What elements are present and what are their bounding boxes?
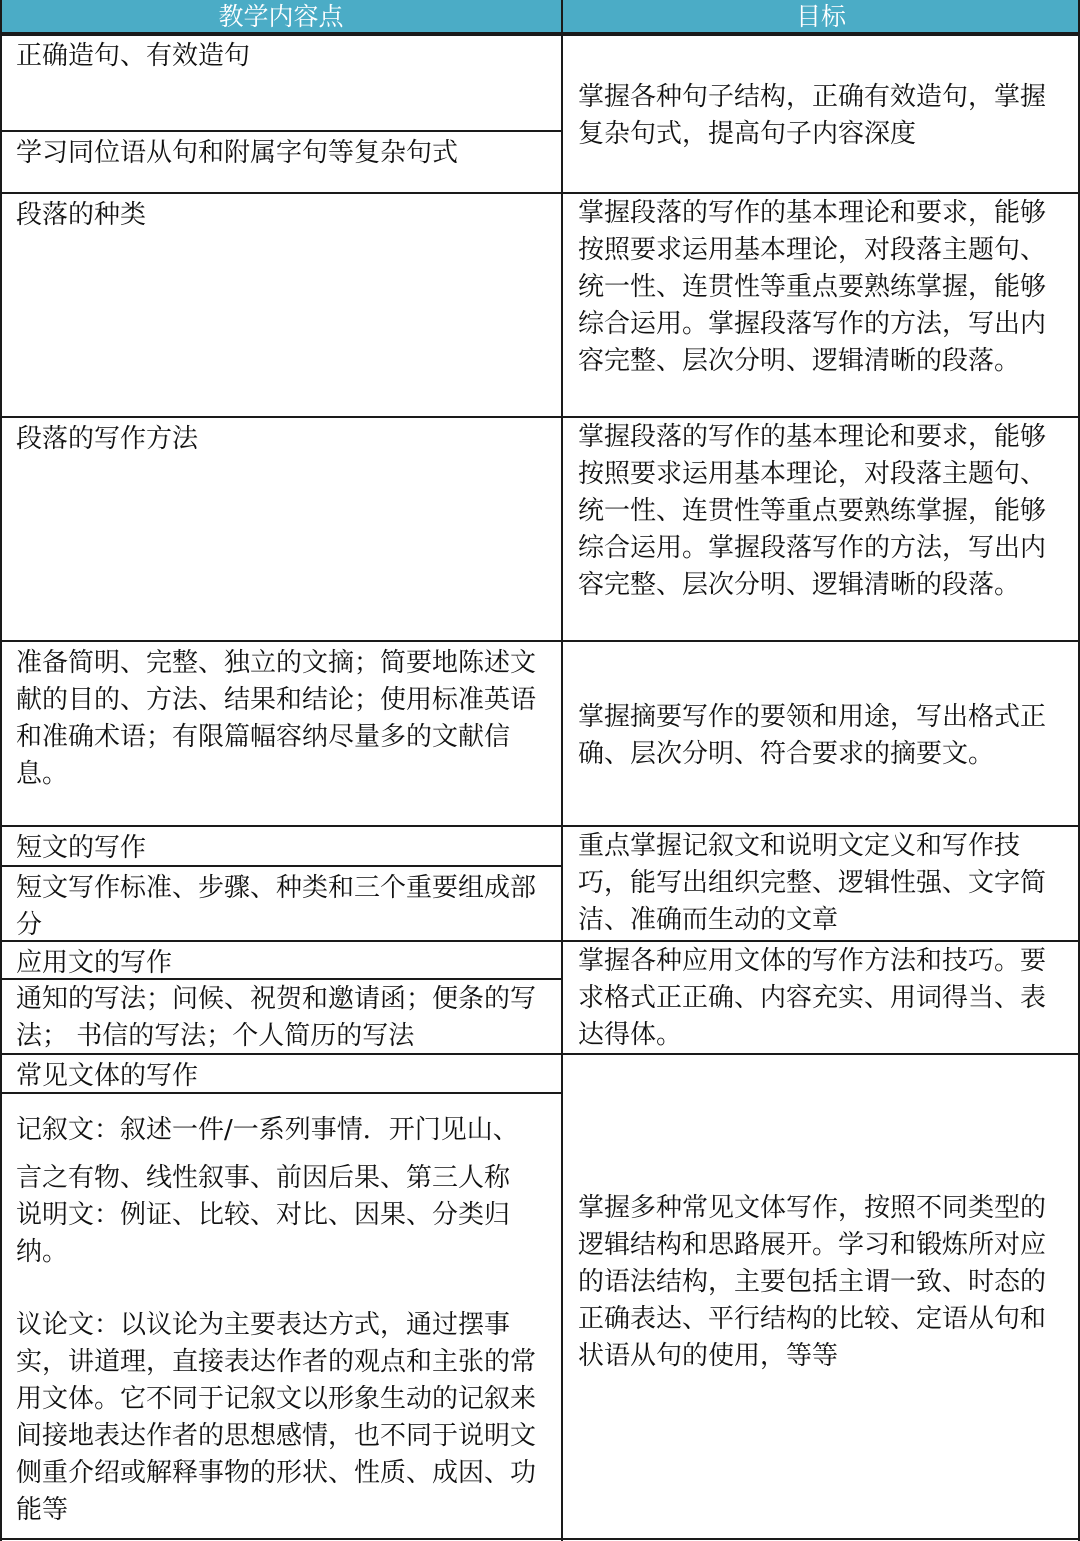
narrative-text-1: 记叙文：叙述一件/一系列事情．开门见山、 bbox=[16, 1112, 548, 1149]
border-bottom bbox=[0, 1538, 1080, 1540]
row1-divider bbox=[0, 192, 1080, 194]
row6-goal: 掌握各种应用文体的写作方法和技巧。要求格式正正确、内容充实、用词得当、表达得体。 bbox=[564, 941, 1078, 1054]
row5-divider bbox=[0, 940, 1080, 942]
row1-subdivider bbox=[0, 130, 562, 132]
row4-divider bbox=[0, 825, 1080, 827]
row4-content: 准备简明、完整、独立的文摘；简要地陈述文献的目的、方法、结果和结论；使用标准英语… bbox=[2, 643, 562, 826]
row7-content-a: 常见文体的写作 bbox=[2, 1056, 562, 1093]
header-teaching-content: 教学内容点 bbox=[0, 0, 562, 34]
row5-goal: 重点掌握记叙文和说明文定义和写作技巧，能写出组织完整、逻辑性强、文字简洁、准确而… bbox=[564, 826, 1078, 941]
row1-goal: 掌握各种句子结构，正确有效造句，掌握复杂句式，提高句子内容深度 bbox=[564, 36, 1078, 193]
row6-content-a: 应用文的写作 bbox=[2, 943, 562, 979]
row2-divider bbox=[0, 416, 1080, 418]
row5-content-a: 短文的写作 bbox=[2, 828, 562, 866]
row7-goal-text: 掌握多种常见文体写作，按照不同类型的逻辑结构和思路展开。学习和锻炼所对应的语法结… bbox=[578, 1190, 1068, 1375]
row6-content-b: 通知的写法；问候、祝贺和邀请函；便条的写法； 书信的写法；个人简历的写法 bbox=[2, 979, 562, 1054]
row7-goal: 掌握多种常见文体写作，按照不同类型的逻辑结构和思路展开。学习和锻炼所对应的语法结… bbox=[564, 1054, 1078, 1539]
row4-goal: 掌握摘要写作的要领和用途，写出格式正确、层次分明、符合要求的摘要文。 bbox=[564, 643, 1078, 826]
header-divider bbox=[0, 34, 1080, 36]
row6-subdivider bbox=[0, 978, 562, 980]
row6-goal-text: 掌握各种应用文体的写作方法和技巧。要求格式正正确、内容充实、用词得当、表达得体。 bbox=[578, 943, 1068, 1054]
row5-subdivider bbox=[0, 865, 562, 867]
row1-content-b: 学习同位语从句和附属字句等复杂句式 bbox=[2, 133, 562, 193]
row4-goal-text: 掌握摘要写作的要领和用途，写出格式正确、层次分明、符合要求的摘要文。 bbox=[578, 699, 1068, 773]
column-divider bbox=[561, 0, 563, 1541]
narrative-text-2: 言之有物、线性叙事、前因后果、第三人称 bbox=[16, 1160, 548, 1197]
row1-content-a: 正确造句、有效造句 bbox=[2, 36, 562, 131]
row6-divider bbox=[0, 1053, 1080, 1055]
row3-divider bbox=[0, 640, 1080, 642]
border-left bbox=[0, 0, 2, 1541]
row5-goal-text: 重点掌握记叙文和说明文定义和写作技巧，能写出组织完整、逻辑性强、文字简洁、准确而… bbox=[578, 828, 1068, 939]
row3-goal: 掌握段落的写作的基本理论和要求，能够按照要求运用基本理论，对段落主题句、统一性、… bbox=[564, 417, 1078, 641]
row3-goal-text: 掌握段落的写作的基本理论和要求，能够按照要求运用基本理论，对段落主题句、统一性、… bbox=[578, 419, 1068, 604]
header-goal: 目标 bbox=[562, 0, 1080, 34]
row7-subdivider bbox=[0, 1092, 562, 1094]
expository-text: 说明文：例证、比较、对比、因果、分类归纳。 bbox=[16, 1197, 548, 1271]
row7-content-b: 记叙文：叙述一件/一系列事情．开门见山、 言之有物、线性叙事、前因后果、第三人称… bbox=[2, 1110, 562, 1539]
row1-goal-text: 掌握各种句子结构，正确有效造句，掌握复杂句式，提高句子内容深度 bbox=[578, 79, 1068, 153]
row2-goal-text: 掌握段落的写作的基本理论和要求，能够按照要求运用基本理论，对段落主题句、统一性、… bbox=[578, 195, 1068, 380]
argumentative-text: 议论文：以议论为主要表达方式，通过摆事实，讲道理，直接表达作者的观点和主张的常用… bbox=[16, 1307, 548, 1529]
row5-content-b: 短文写作标准、步骤、种类和三个重要组成部分 bbox=[2, 868, 562, 941]
row2-content: 段落的种类 bbox=[2, 195, 562, 417]
row3-content: 段落的写作方法 bbox=[2, 419, 562, 641]
syllabus-table: 教学内容点 目标 正确造句、有效造句 学习同位语从句和附属字句等复杂句式 掌握各… bbox=[0, 0, 1080, 1541]
row2-goal: 掌握段落的写作的基本理论和要求，能够按照要求运用基本理论，对段落主题句、统一性、… bbox=[564, 193, 1078, 417]
